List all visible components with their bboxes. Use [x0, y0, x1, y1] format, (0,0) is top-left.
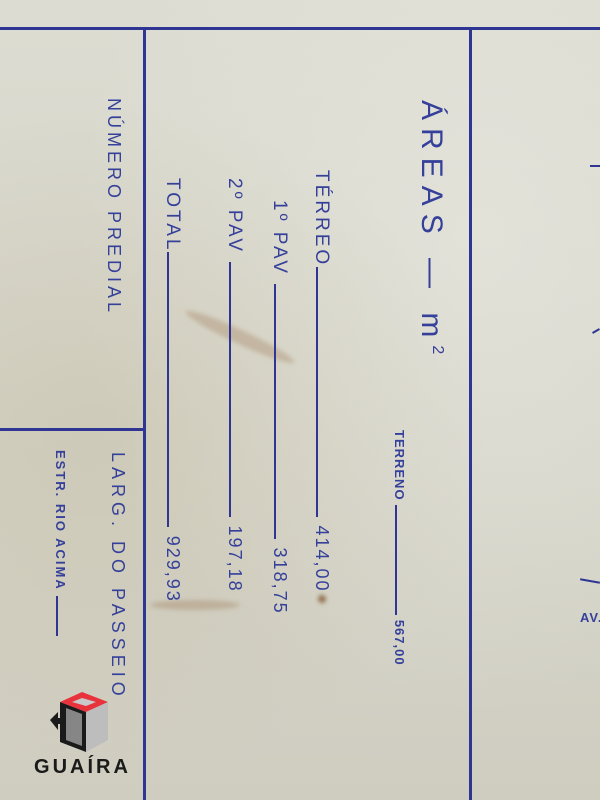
terreo-field: TÉRREO 414,00: [310, 170, 332, 593]
segundo-pav-label: 2º PAV: [224, 178, 245, 254]
segundo-pav-field: 2º PAV 197,18: [223, 178, 245, 593]
paper-background: [0, 0, 600, 800]
terreno-value: 567,00: [392, 620, 407, 666]
frame-divider: [0, 428, 146, 431]
total-label: TOTAL: [162, 178, 183, 252]
terreo-value: 414,00: [312, 525, 332, 592]
segundo-pav-fill-line: [229, 262, 231, 517]
avenue-label: AV.: [580, 610, 600, 625]
terreno-label: TERRENO: [392, 430, 407, 501]
primeiro-pav-field: 1º PAV 318,75: [268, 200, 290, 615]
primeiro-pav-value: 318,75: [270, 548, 290, 615]
estrada-label: ESTR. RIO ACIMA: [53, 450, 68, 590]
frame-right-vertical: [469, 30, 472, 800]
estrada-field: ESTR. RIO ACIMA: [53, 450, 68, 636]
areas-title: ÁREAS — m2: [414, 100, 448, 354]
frame-left-vertical: [143, 28, 146, 800]
largura-passeio-label: LARG. DO PASSEIO: [107, 452, 128, 701]
primeiro-pav-label: 1º PAV: [269, 200, 290, 276]
primeiro-pav-fill-line: [274, 284, 276, 539]
terreo-fill-line: [316, 267, 318, 517]
frame-top-line: [0, 27, 600, 30]
terreno-fill-line: [395, 505, 397, 615]
total-value: 929,93: [163, 536, 183, 603]
estrada-fill-line: [56, 596, 58, 636]
areas-title-text: ÁREAS — m: [415, 100, 448, 345]
stain: [318, 595, 326, 603]
areas-title-superscript: 2: [429, 345, 446, 354]
logo-brand-text: GUAÍRA: [20, 756, 145, 779]
terreno-field: TERRENO 567,00: [392, 430, 407, 666]
total-fill-line: [167, 252, 169, 527]
terreo-label: TÉRREO: [311, 170, 332, 267]
numero-predial-label: NÚMERO PREDIAL: [103, 98, 124, 316]
cube-logo-icon: [20, 690, 145, 760]
guaira-logo: GUAÍRA: [20, 690, 145, 790]
segundo-pav-value: 197,18: [225, 526, 245, 593]
total-field: TOTAL 929,93: [161, 178, 183, 603]
map-tick: [590, 165, 600, 167]
